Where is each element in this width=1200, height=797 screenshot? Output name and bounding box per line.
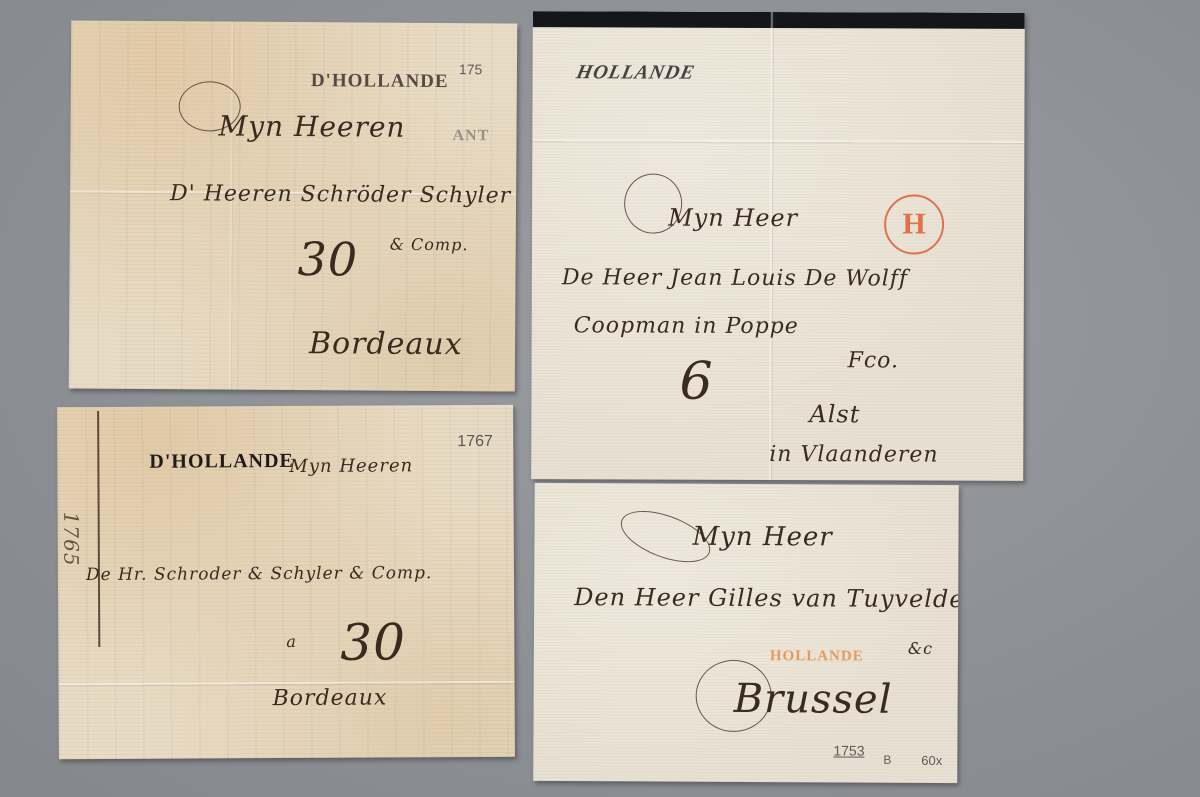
postmark-hollande-smudged: HOLLANDE — [574, 61, 697, 84]
salutation: Myn Heeren — [289, 455, 413, 477]
letter-cover-alst: HOLLANDE H Myn Heer De Heer Jean Louis D… — [531, 11, 1025, 481]
route-town: Alst — [809, 400, 860, 428]
suffix: &c — [908, 639, 933, 658]
circle-h-postmark: H — [884, 194, 944, 254]
secondary-postmark: ANT — [452, 127, 489, 145]
pencil-note-price: 60x — [921, 753, 942, 768]
letter-cover-bordeaux-2: D'HOLLANDE 1767 1765 Myn Heeren De Hr. S… — [57, 405, 515, 759]
route-franco: Fco. — [848, 348, 900, 373]
prefix: a — [286, 632, 297, 651]
postmark-dhollande: D'HOLLANDE — [149, 450, 294, 474]
pencil-note: 1767 — [457, 433, 493, 451]
addressee: Den Heer Gilles van Tuyvelde — [574, 583, 959, 613]
company: & Comp. — [390, 235, 469, 255]
destination: Brussel — [734, 676, 893, 723]
destination: Bordeaux — [273, 685, 388, 711]
fold-line — [532, 139, 1024, 143]
fold-line — [769, 12, 773, 480]
postage-rate: 30 — [297, 232, 358, 286]
destination: Bordeaux — [309, 326, 463, 362]
pencil-note: 175 — [459, 61, 482, 77]
postage-rate: 30 — [340, 613, 406, 671]
salutation: Myn Heer — [692, 522, 832, 553]
black-mourning-band — [533, 11, 1025, 29]
postmark-dhollande: D'HOLLANDE — [311, 70, 449, 93]
postmark-hollande-orange: HOLLANDE — [770, 648, 864, 665]
pencil-note-year: 1753 — [833, 742, 864, 758]
letter-cover-bordeaux-1: D'HOLLANDE ANT 175 Myn Heeren D' Heeren … — [69, 20, 518, 391]
region: in Vlaanderen — [769, 442, 938, 468]
salutation: Myn Heer — [668, 204, 798, 232]
letter-cover-brussel: Myn Heer Den Heer Gilles van Tuyvelde &c… — [533, 483, 959, 783]
salutation: Myn Heeren — [218, 109, 405, 143]
margin-stroke — [97, 411, 100, 647]
fold-line — [59, 681, 515, 685]
addressee: D' Heeren Schröder Schyler — [170, 181, 511, 208]
pencil-note-mark: B — [883, 753, 891, 767]
addressee: De Heer Jean Louis De Wolff — [562, 265, 908, 291]
circle-h-letter: H — [902, 207, 925, 241]
postage-rate: 6 — [679, 352, 713, 412]
side-note: 1765 — [59, 512, 83, 567]
occupation: Coopman in Poppe — [574, 313, 799, 339]
addressee: De Hr. Schroder & Schyler & Comp. — [86, 563, 433, 585]
